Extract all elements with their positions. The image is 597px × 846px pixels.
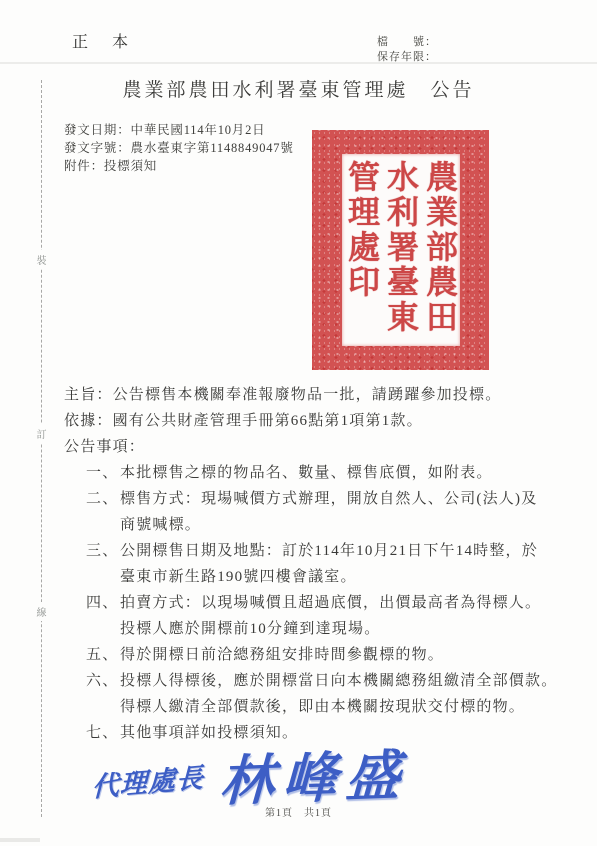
announcement-item: 二、 標售方式：現場喊價方式辦理，開放自然人、公司(法人)及 商號喊標。 (86, 486, 565, 538)
file-info-box: 檔 號： 保存年限： (377, 35, 437, 65)
announcement-item: 一、 本批標售之標的物品名、數量、標售底價，如附表。 (86, 460, 565, 486)
page-footer: 第1頁 共1頁 (0, 804, 597, 819)
binding-mark-xian: 線 (35, 602, 48, 621)
attachment-label: 附件： (64, 159, 104, 173)
signer-title: 代理處長 (92, 756, 205, 805)
item-text-line: 標售方式：現場喊價方式辦理，開放自然人、公司(法人)及 (120, 486, 565, 512)
retention-period-label: 保存年限： (377, 50, 437, 65)
issue-date-label: 發文日期： (64, 123, 131, 137)
document-title: 農業部農田水利署臺東管理處 公告 (0, 75, 597, 102)
official-red-seal: 農業部農田水利署臺東管理處印 (312, 130, 489, 370)
items-header: 公告事項： (64, 434, 565, 460)
item-number: 二、 (86, 486, 120, 538)
scan-artifact-line (0, 62, 597, 64)
item-number: 一、 (86, 460, 120, 486)
file-number-label: 檔 號： (377, 35, 437, 50)
announcement-item: 六、 投標人得標後，應於開標當日向本機關總務組繳清全部價款。 得標人繳清全部價款… (86, 668, 565, 720)
doc-number-label: 發文字號： (64, 141, 131, 155)
item-number: 三、 (86, 538, 120, 590)
seal-inner-panel: 農業部農田水利署臺東管理處印 (342, 154, 460, 346)
item-text-line: 公開標售日期及地點：訂於114年10月21日下午14時整，於 (120, 538, 565, 564)
issue-date-value: 中華民國114年10月2日 (131, 123, 266, 137)
item-text-line: 本批標售之標的物品名、數量、標售底價，如附表。 (120, 460, 565, 486)
item-number: 五、 (86, 642, 120, 668)
item-text-line: 拍賣方式：以現場喊價且超過底價，出價最高者為得標人。 (120, 590, 565, 616)
document-meta: 發文日期：中華民國114年10月2日 發文字號：農水臺東字第1148849047… (64, 121, 294, 175)
seal-script-text: 農業部農田水利署臺東管理處印 (342, 160, 459, 340)
item-number: 六、 (86, 668, 120, 720)
item-text-line: 得於開標日前洽總務組安排時間參觀標的物。 (120, 642, 565, 668)
item-text-line: 臺東市新生路190號四樓會議室。 (120, 564, 565, 590)
basis-line: 依據：國有公共財產管理手冊第66點第1項第1款。 (64, 408, 565, 434)
scanned-announcement-document: 裝 訂 線 正 本 檔 號： 保存年限： 農業部農田水利署臺東管理處 公告 發文… (0, 0, 597, 846)
scan-artifact-smudge (0, 838, 40, 842)
item-text-line: 得標人繳清全部價款後，即由本機關按現狀交付標的物。 (120, 694, 565, 720)
binding-dashed-line (41, 80, 42, 817)
binding-mark-ding: 訂 (35, 424, 48, 443)
announcement-item: 三、 公開標售日期及地點：訂於114年10月21日下午14時整，於 臺東市新生路… (86, 538, 565, 590)
copy-type-label: 正 本 (72, 29, 132, 52)
doc-number-value: 農水臺東字第1148849047號 (131, 141, 294, 155)
item-number: 四、 (86, 590, 120, 642)
attachment-line: 附件：投標須知 (64, 157, 294, 175)
issue-date-line: 發文日期：中華民國114年10月2日 (64, 121, 294, 139)
subject-line: 主旨：公告標售本機關奉准報廢物品一批，請踴躍參加投標。 (64, 382, 565, 408)
announcement-body: 主旨：公告標售本機關奉准報廢物品一批，請踴躍參加投標。 依據：國有公共財產管理手… (64, 382, 565, 746)
item-text-line: 投標人得標後，應於開標當日向本機關總務組繳清全部價款。 (120, 668, 565, 694)
announcement-item: 四、 拍賣方式：以現場喊價且超過底價，出價最高者為得標人。 投標人應於開標前10… (86, 590, 565, 642)
announcement-items: 一、 本批標售之標的物品名、數量、標售底價，如附表。 二、 標售方式：現場喊價方… (86, 460, 565, 746)
attachment-value: 投標須知 (104, 159, 157, 173)
item-text-line: 投標人應於開標前10分鐘到達現場。 (120, 616, 565, 642)
binding-mark-zhuang: 裝 (35, 250, 48, 269)
doc-number-line: 發文字號：農水臺東字第1148849047號 (64, 139, 294, 157)
item-text-line: 商號喊標。 (120, 512, 565, 538)
announcement-item: 五、 得於開標日前洽總務組安排時間參觀標的物。 (86, 642, 565, 668)
